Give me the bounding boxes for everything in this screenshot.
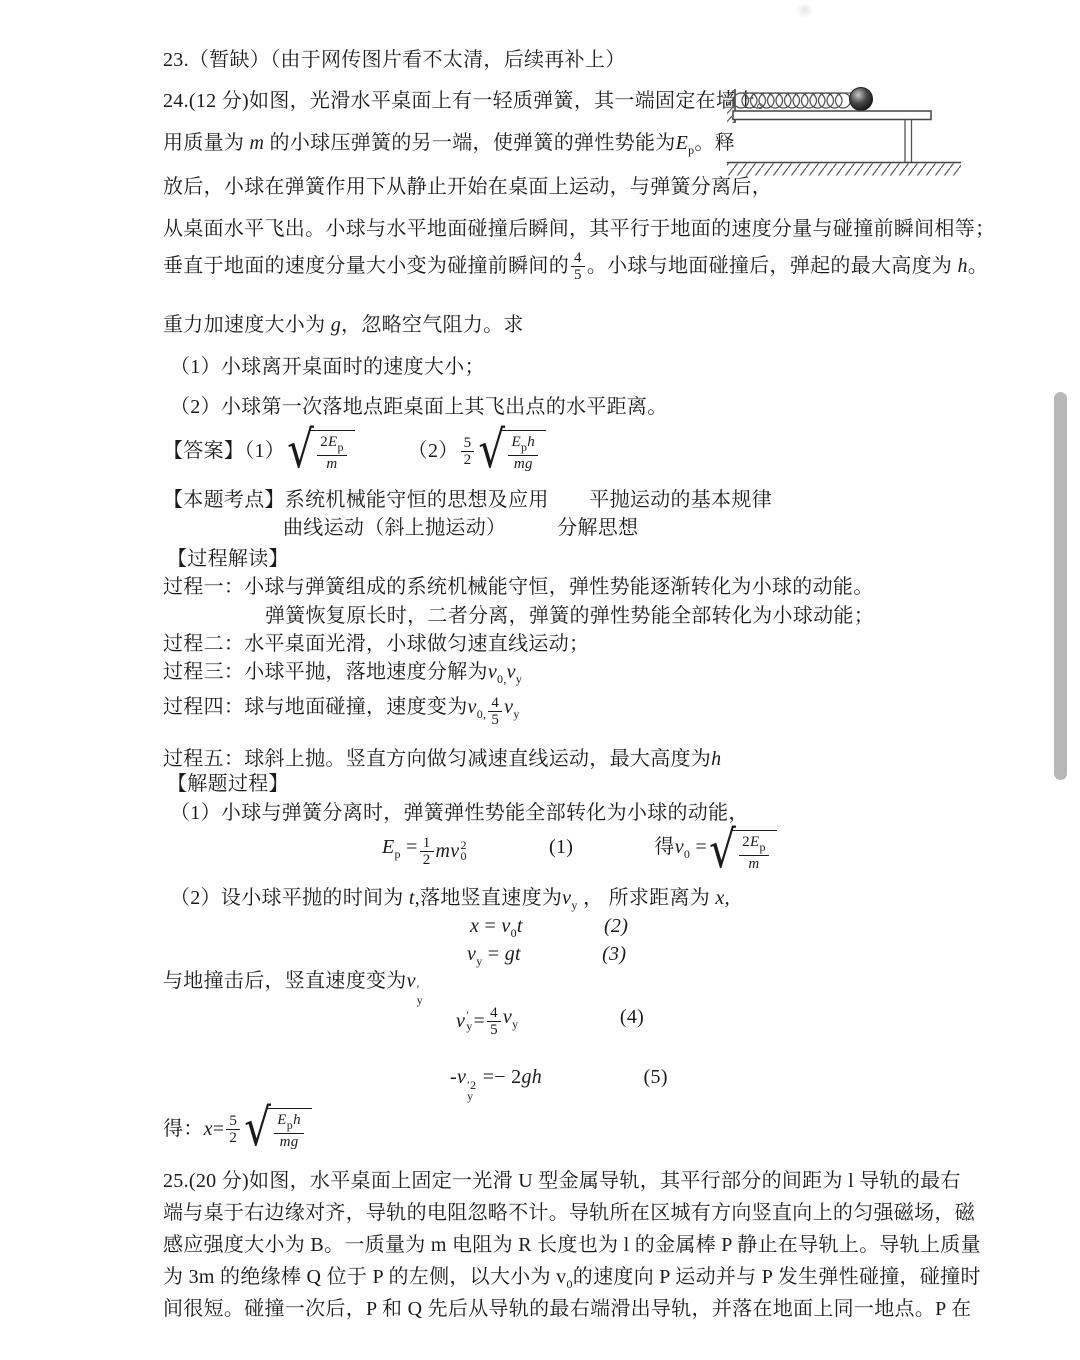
process-4: 过程四：球与地面碰撞，速度变为v0,45vy [163, 694, 520, 728]
scrollbar-thumb[interactable] [1054, 392, 1067, 780]
q25-line-5: 间很短。碰撞一次后，P 和 Q 先后从导轨的最右端滑出导轨，并落在地面上同一地点… [163, 1296, 971, 1323]
figure-table [733, 111, 931, 120]
q23-text: 23.（暂缺）（由于网传图片看不太清，后续再补上） [163, 47, 626, 74]
figure-ground [727, 163, 961, 176]
equation-1: Ep = 12mv20 (1) 得v0 = √2Epm [382, 830, 779, 872]
solution-step-2: （2）设小球平抛的时间为 t,落地竖直速度为vy ， 所求距离为 x, [170, 885, 730, 919]
answer-line: 【答案】（1）√2Epm （2）52√Ephmg [163, 430, 548, 472]
exam-points-line-1: 【本题考点】系统机械能守恒的思想及应用 平抛运动的基本规律 [163, 487, 772, 514]
q24-line-4: 从桌面水平飞出。小球与水平地面碰撞后瞬间，其平行于地面的速度分量与碰撞前瞬间相等… [163, 216, 995, 243]
q25-line-2: 端与桌于右边缘对齐，导轨的电阻忽略不计。导轨所在区城有方向竖直向上的匀强磁场，磁 [163, 1200, 975, 1227]
equation-5: -v′2y =− 2gh (5) [450, 1064, 668, 1102]
q24-line-5: 垂直于地面的速度分量大小变为碰撞前瞬间的45。小球与地面碰撞后，弹起的最大高度为… [163, 250, 988, 283]
q24-figure [725, 84, 965, 180]
figure-table-leg [905, 120, 912, 163]
q24-line-3: 放后，小球在弹簧作用下从静止开始在桌面上运动，与弹簧分离后， [163, 174, 772, 201]
q24-subquestion-1: （1）小球离开桌面时的速度大小； [170, 354, 485, 381]
process-1a: 过程一：小球与弹簧组成的系统机械能守恒，弹性势能逐渐转化为小球的动能。 [163, 574, 874, 601]
process-1b: 弹簧恢复原长时，二者分离，弹簧的弹性势能全部转化为小球动能； [265, 603, 874, 630]
exam-points-line-2: 曲线运动（斜上抛运动） 分解思想 [283, 515, 638, 542]
scan-artifact [796, 4, 814, 19]
q25-line-3: 感应强度大小为 B。一质量为 m 电阻为 R 长度也为 l 的金属棒 P 静止在… [163, 1232, 981, 1259]
figure-ball [850, 88, 873, 111]
q25-line-4: 为 3m 的绝缘棒 Q 位于 P 的左侧，以大小为 v0的速度向 P 运动并与 … [163, 1264, 981, 1298]
q24-line-6: 重力加速度大小为 g，忽略空气阻力。求 [163, 312, 524, 339]
figure-spring [734, 93, 852, 108]
solution-header: 【解题过程】 [167, 771, 289, 798]
solution-step-1: （1）小球与弹簧分离时，弹簧弹性势能全部转化为小球的动能， [170, 800, 749, 827]
process-3: 过程三：小球平抛，落地速度分解为v0,vy [163, 659, 522, 693]
q24-line-1: 24.(12 分)如图，光滑水平桌面上有一轻质弹簧，其一端固定在墙上。 [163, 88, 777, 115]
process-header: 【过程解读】 [167, 546, 289, 573]
q25-line-1: 25.(20 分)如图，水平桌面上固定一光滑 U 型金属导轨，其平行部分的间距为… [163, 1168, 961, 1195]
solution-step-3: 与地撞击后，竖直速度变为v′y [163, 968, 424, 1006]
equation-3: vy = gt (3) [467, 941, 626, 975]
document-page: 23.（暂缺）（由于网传图片看不太清，后续再补上） 24.(12 分)如图，光滑… [0, 0, 1080, 1360]
result-line: 得：x=52√Ephmg [163, 1108, 314, 1150]
q24-line-2: 用质量为 m 的小球压弹簧的另一端，使弹簧的弹性势能为Ep。释 [163, 130, 735, 164]
q24-subquestion-2: （2）小球第一次落地点距桌面上其飞出点的水平距离。 [170, 394, 668, 421]
equation-4: v′y = 45vy (4) [456, 1004, 644, 1038]
process-2: 过程二：水平桌面光滑，小球做匀速直线运动； [163, 631, 589, 658]
process-5: 过程五：球斜上抛。竖直方向做匀减速直线运动，最大高度为h [163, 746, 721, 773]
